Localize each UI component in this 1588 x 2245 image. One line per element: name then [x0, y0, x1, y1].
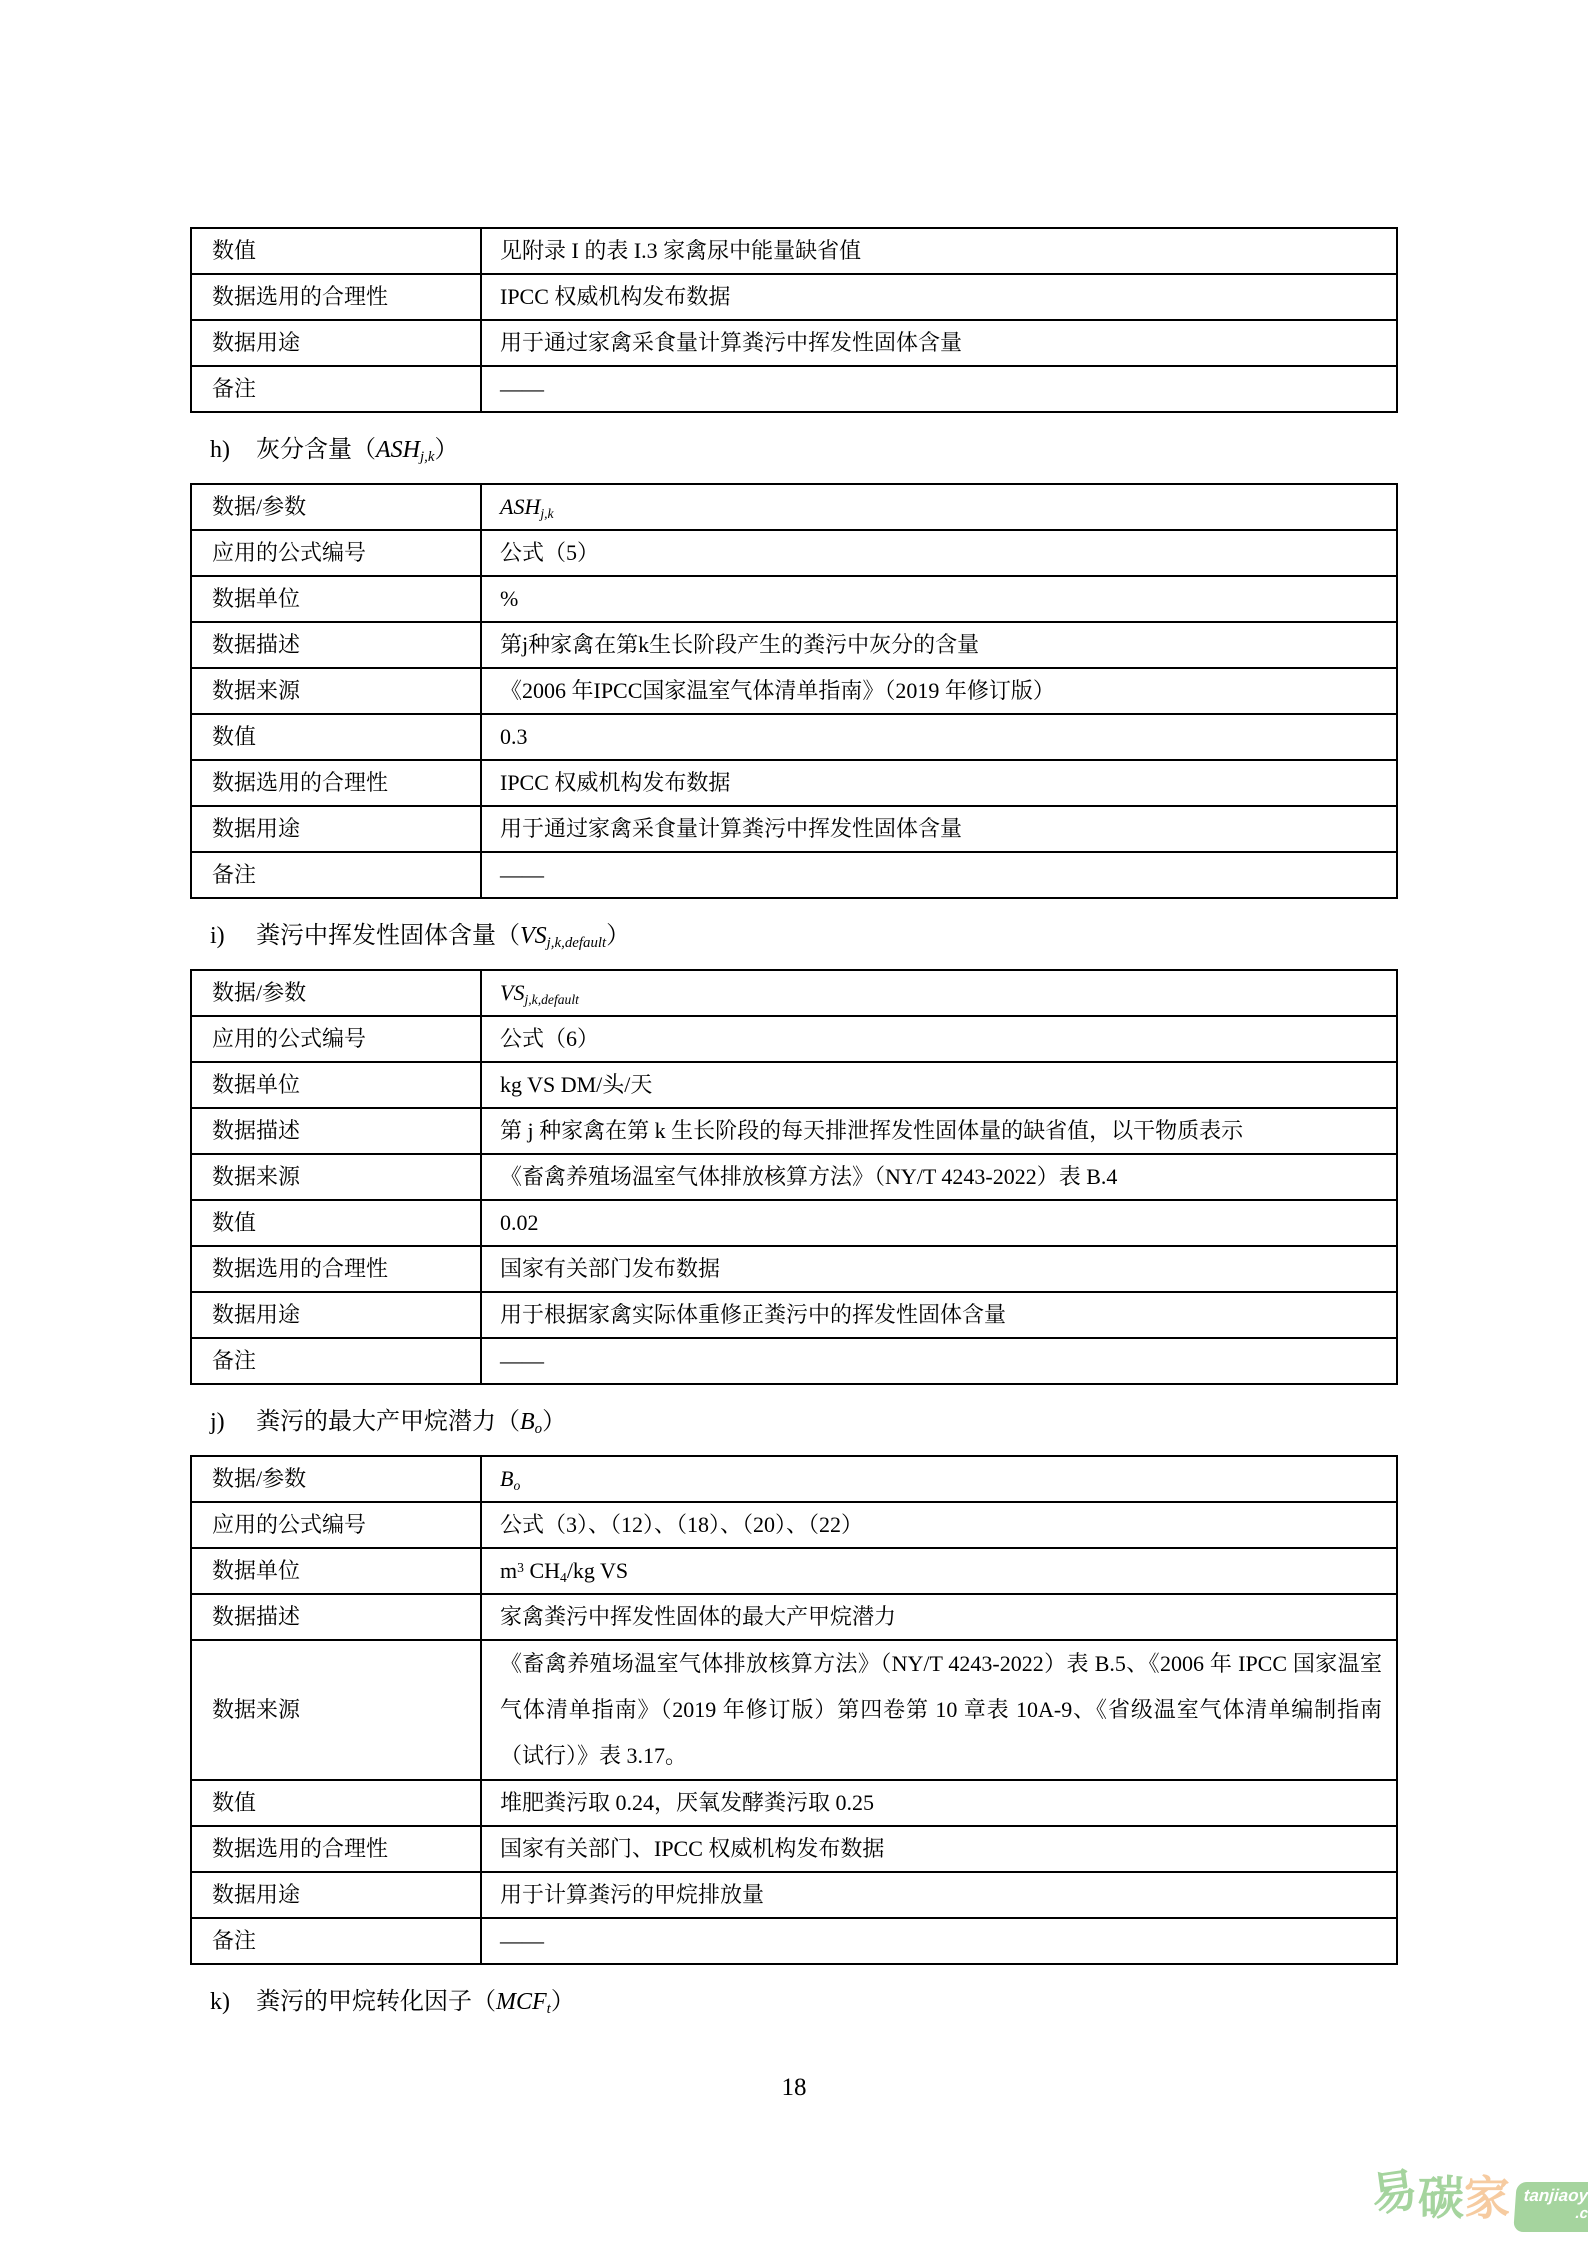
field-value: VSj,k,default — [481, 970, 1397, 1016]
field-label: 数据单位 — [191, 1062, 481, 1108]
field-label: 数据用途 — [191, 1872, 481, 1918]
field-value: 用于计算粪污的甲烷排放量 — [481, 1872, 1397, 1918]
field-label: 数据描述 — [191, 622, 481, 668]
field-value: 家禽粪污中挥发性固体的最大产甲烷潜力 — [481, 1594, 1397, 1640]
field-value: 第j种家禽在第k生长阶段产生的粪污中灰分的含量 — [481, 622, 1397, 668]
watermark-character: 碳 — [1418, 2168, 1464, 2228]
heading-list-marker: k) — [210, 1986, 240, 2018]
field-value: kg VS DM/头/天 — [481, 1062, 1397, 1108]
field-value: 用于通过家禽采食量计算粪污中挥发性固体含量 — [481, 320, 1397, 366]
field-label: 备注 — [191, 852, 481, 898]
table-row: 数据来源《畜禽养殖场温室气体排放核算方法》（NY/T 4243-2022）表 B… — [191, 1640, 1397, 1780]
field-label: 数据选用的合理性 — [191, 1246, 481, 1292]
field-value: 第 j 种家禽在第 k 生长阶段的每天排泄挥发性固体量的缺省值，以干物质表示 — [481, 1108, 1397, 1154]
parameter-table-ash-content: 数据/参数ASHj,k应用的公式编号公式（5）数据单位%数据描述第j种家禽在第k… — [190, 483, 1398, 899]
field-value: 《畜禽养殖场温室气体排放核算方法》（NY/T 4243-2022）表 B.4 — [481, 1154, 1397, 1200]
table-row: 数值见附录 I 的表 I.3 家禽尿中能量缺省值 — [191, 228, 1397, 274]
field-label: 数据描述 — [191, 1594, 481, 1640]
parameter-table-continued: 数值见附录 I 的表 I.3 家禽尿中能量缺省值数据选用的合理性IPCC 权威机… — [190, 227, 1398, 413]
table-row: 备注—— — [191, 366, 1397, 412]
section-heading-i: i)粪污中挥发性固体含量（VSj,k,default） — [210, 920, 1588, 952]
field-value: IPCC 权威机构发布数据 — [481, 274, 1397, 320]
table-row: 数据选用的合理性IPCC 权威机构发布数据 — [191, 760, 1397, 806]
field-value: 堆肥粪污取 0.24，厌氧发酵粪污取 0.25 — [481, 1780, 1397, 1826]
field-label: 数据来源 — [191, 1640, 481, 1780]
field-value: —— — [481, 1338, 1397, 1384]
field-label: 备注 — [191, 1918, 481, 1964]
table-row: 数据选用的合理性国家有关部门、IPCC 权威机构发布数据 — [191, 1826, 1397, 1872]
field-value: Bo — [481, 1456, 1397, 1502]
table-row: 数值0.02 — [191, 1200, 1397, 1246]
field-label: 数据选用的合理性 — [191, 274, 481, 320]
table-row: 数据用途用于计算粪污的甲烷排放量 — [191, 1872, 1397, 1918]
watermark-tld-text: .com — [1522, 2205, 1588, 2222]
field-value: 0.3 — [481, 714, 1397, 760]
table-row: 数值堆肥粪污取 0.24，厌氧发酵粪污取 0.25 — [191, 1780, 1397, 1826]
table-row: 备注—— — [191, 852, 1397, 898]
heading-text: 粪污的最大产甲烷潜力（Bo） — [256, 1409, 566, 1435]
field-label: 数值 — [191, 228, 481, 274]
field-label: 应用的公式编号 — [191, 1502, 481, 1548]
heading-text: 粪污中挥发性固体含量（VSj,k,default） — [256, 923, 630, 949]
table-row: 备注—— — [191, 1918, 1397, 1964]
field-label: 备注 — [191, 366, 481, 412]
field-label: 数值 — [191, 714, 481, 760]
heading-list-marker: h) — [210, 434, 240, 466]
watermark-character: 家 — [1464, 2168, 1510, 2228]
field-value: 公式（5） — [481, 530, 1397, 576]
field-value: ASHj,k — [481, 484, 1397, 530]
heading-list-marker: j) — [210, 1406, 240, 1438]
parameter-table-methane-potential: 数据/参数Bo应用的公式编号公式（3）、（12）、（18）、（20）、（22）数… — [190, 1455, 1398, 1965]
field-label: 数据选用的合理性 — [191, 760, 481, 806]
field-value: 国家有关部门、IPCC 权威机构发布数据 — [481, 1826, 1397, 1872]
field-value: 国家有关部门发布数据 — [481, 1246, 1397, 1292]
field-label: 应用的公式编号 — [191, 530, 481, 576]
field-label: 数据单位 — [191, 1548, 481, 1594]
table-row: 数据来源《2006 年IPCC国家温室气体清单指南》（2019 年修订版） — [191, 668, 1397, 714]
table-row: 数据描述第j种家禽在第k生长阶段产生的粪污中灰分的含量 — [191, 622, 1397, 668]
field-value: —— — [481, 1918, 1397, 1964]
field-value: 见附录 I 的表 I.3 家禽尿中能量缺省值 — [481, 228, 1397, 274]
field-value: 公式（6） — [481, 1016, 1397, 1062]
field-label: 数值 — [191, 1780, 481, 1826]
section-heading-k: k)粪污的甲烷转化因子（MCFt） — [210, 1986, 1588, 2018]
table-row: 数据选用的合理性国家有关部门发布数据 — [191, 1246, 1397, 1292]
field-label: 数据来源 — [191, 1154, 481, 1200]
table-row: 数据用途用于通过家禽采食量计算粪污中挥发性固体含量 — [191, 806, 1397, 852]
table-row: 备注—— — [191, 1338, 1397, 1384]
page-number: 18 — [0, 2074, 1588, 2102]
table-row: 数据用途用于通过家禽采食量计算粪污中挥发性固体含量 — [191, 320, 1397, 366]
field-label: 备注 — [191, 1338, 481, 1384]
field-label: 数据/参数 — [191, 1456, 481, 1502]
table-row: 数据选用的合理性IPCC 权威机构发布数据 — [191, 274, 1397, 320]
section-heading-j: j)粪污的最大产甲烷潜力（Bo） — [210, 1406, 1588, 1438]
field-label: 数据用途 — [191, 320, 481, 366]
table-row: 应用的公式编号公式（3）、（12）、（18）、（20）、（22） — [191, 1502, 1397, 1548]
field-label: 数据用途 — [191, 1292, 481, 1338]
parameter-table-volatile-solids: 数据/参数VSj,k,default应用的公式编号公式（6）数据单位kg VS … — [190, 969, 1398, 1385]
table-row: 数据/参数ASHj,k — [191, 484, 1397, 530]
field-value: 公式（3）、（12）、（18）、（20）、（22） — [481, 1502, 1397, 1548]
field-value: % — [481, 576, 1397, 622]
field-label: 数据选用的合理性 — [191, 1826, 481, 1872]
tanjiaoyi-watermark-logo: 易碳家tanjiaoyi.com — [1372, 2168, 1588, 2245]
table-row: 数据/参数VSj,k,default — [191, 970, 1397, 1016]
field-label: 数据描述 — [191, 1108, 481, 1154]
table-row: 数据来源《畜禽养殖场温室气体排放核算方法》（NY/T 4243-2022）表 B… — [191, 1154, 1397, 1200]
table-row: 数据描述第 j 种家禽在第 k 生长阶段的每天排泄挥发性固体量的缺省值，以干物质… — [191, 1108, 1397, 1154]
table-row: 数据单位m3 CH4/kg VS — [191, 1548, 1397, 1594]
field-value: 《2006 年IPCC国家温室气体清单指南》（2019 年修订版） — [481, 668, 1397, 714]
field-value: 用于通过家禽采食量计算粪污中挥发性固体含量 — [481, 806, 1397, 852]
table-row: 应用的公式编号公式（6） — [191, 1016, 1397, 1062]
table-row: 数据单位% — [191, 576, 1397, 622]
field-label: 数据用途 — [191, 806, 481, 852]
table-row: 数值0.3 — [191, 714, 1397, 760]
field-value: 0.02 — [481, 1200, 1397, 1246]
field-label: 数据单位 — [191, 576, 481, 622]
section-heading-h: h)灰分含量（ASHj,k） — [210, 434, 1588, 466]
table-row: 数据描述家禽粪污中挥发性固体的最大产甲烷潜力 — [191, 1594, 1397, 1640]
field-label: 数据/参数 — [191, 970, 481, 1016]
field-value: 《畜禽养殖场温室气体排放核算方法》（NY/T 4243-2022）表 B.5、《… — [481, 1640, 1397, 1780]
table-row: 应用的公式编号公式（5） — [191, 530, 1397, 576]
watermark-character: 易 — [1367, 2159, 1421, 2225]
document-page: 数值见附录 I 的表 I.3 家禽尿中能量缺省值数据选用的合理性IPCC 权威机… — [0, 0, 1588, 2245]
field-label: 数值 — [191, 1200, 481, 1246]
field-label: 应用的公式编号 — [191, 1016, 481, 1062]
field-value: —— — [481, 366, 1397, 412]
watermark-brand-characters: 易碳家 — [1372, 2168, 1510, 2185]
field-value: 用于根据家禽实际体重修正粪污中的挥发性固体含量 — [481, 1292, 1397, 1338]
heading-text: 粪污的甲烷转化因子（MCFt） — [256, 1989, 575, 2015]
field-label: 数据来源 — [191, 668, 481, 714]
heading-list-marker: i) — [210, 920, 240, 952]
field-label: 数据/参数 — [191, 484, 481, 530]
table-row: 数据用途用于根据家禽实际体重修正粪污中的挥发性固体含量 — [191, 1292, 1397, 1338]
watermark-domain-badge: tanjiaoyi.com — [1513, 2182, 1588, 2232]
watermark-site-text: tanjiaoyi — [1523, 2186, 1588, 2205]
field-value: IPCC 权威机构发布数据 — [481, 760, 1397, 806]
heading-text: 灰分含量（ASHj,k） — [256, 437, 458, 463]
table-row: 数据/参数Bo — [191, 1456, 1397, 1502]
field-value: m3 CH4/kg VS — [481, 1548, 1397, 1594]
field-value: —— — [481, 852, 1397, 898]
table-row: 数据单位kg VS DM/头/天 — [191, 1062, 1397, 1108]
